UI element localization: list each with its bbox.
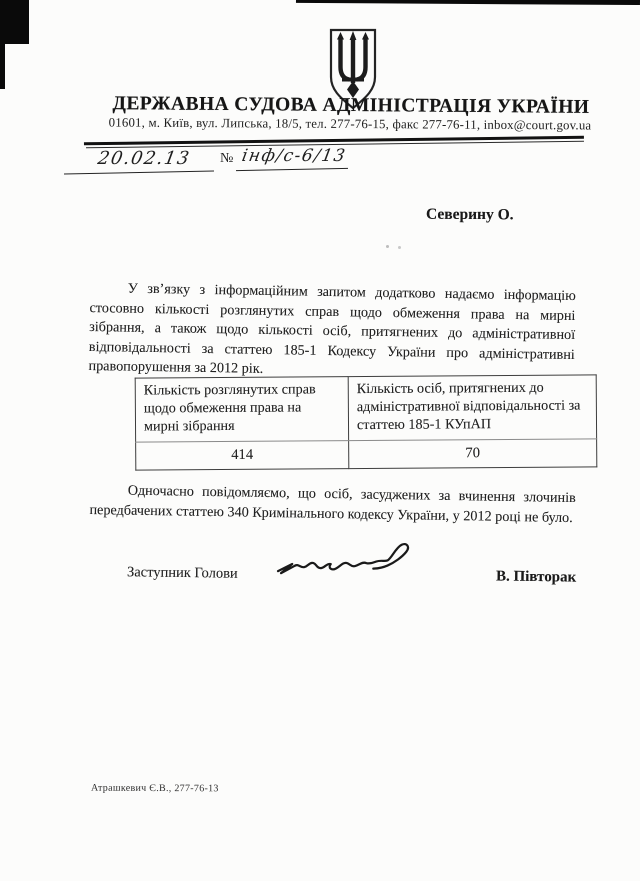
signer-name: В. Півторак: [496, 568, 576, 586]
number-underline: [236, 168, 348, 171]
handwritten-date: 20.02.13: [96, 148, 192, 169]
table-value-row: 414 70: [136, 439, 597, 470]
scan-artifact-top-left: [0, 0, 29, 44]
body-paragraph-1: У зв’язку з інформаційним запитом додатк…: [88, 279, 576, 385]
scan-noise-dots: [386, 245, 389, 248]
body-paragraph-2: Одночасно повідомляємо, що осіб, засудже…: [89, 481, 576, 528]
scan-artifact-top-edge: [296, 0, 640, 5]
address-line: 01601, м. Київ, вул. Липська, 18/5, тел.…: [75, 115, 625, 133]
statistics-table: Кількість розглянутих справ щодо обмежен…: [135, 374, 598, 471]
date-underline: [64, 171, 214, 175]
handwritten-outgoing-number: інф/с-6/13: [240, 146, 348, 166]
scanned-letter-page: ДЕРЖАВНА СУДОВА АДМІНІСТРАЦІЯ УКРАЇНИ 01…: [0, 0, 640, 881]
table-header-persons: Кількість осіб, притягнених до адміністр…: [348, 375, 597, 441]
executor-note: Атрашкевич Є.В., 277-76-13: [91, 783, 219, 795]
addressee: Северину О.: [426, 206, 514, 225]
number-sign: №: [220, 151, 233, 167]
signer-position-title: Заступник Голови: [127, 564, 238, 583]
scan-artifact-left-edge: [0, 43, 5, 89]
table-value-persons: 70: [349, 439, 597, 469]
table-header-cases: Кількість розглянутих справ щодо обмежен…: [135, 377, 348, 443]
table-header-row: Кількість розглянутих справ щодо обмежен…: [135, 375, 596, 443]
handwritten-signature-scrawl: [276, 538, 428, 584]
table-value-cases: 414: [136, 441, 349, 470]
